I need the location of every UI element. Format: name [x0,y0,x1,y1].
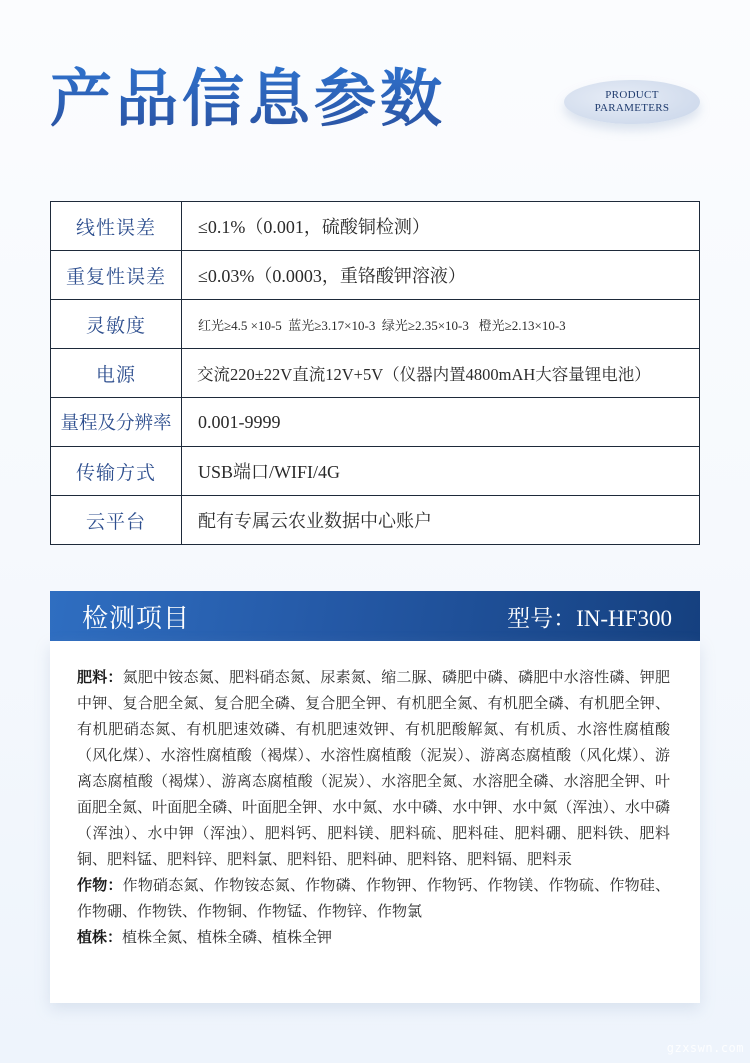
model-number: 型号：IN-HF300 [507,600,672,633]
table-row: 重复性误差 ≤0.03%（0.0003，重铬酸钾溶液） [51,251,700,300]
param-label: 线性误差 [51,202,182,251]
page-title: 产品信息参数 [50,60,446,140]
table-row: 量程及分辨率 0.001-9999 [51,398,700,447]
param-label: 传输方式 [51,447,182,496]
table-row: 灵敏度 红光≥4.5 ×10-5 蓝光≥3.17×10-3 绿光≥2.35×10… [51,300,700,349]
category-fertilizer: 肥料：氮肥中铵态氮、肥料硝态氮、尿素氮、缩二脲、磷肥中磷、磷肥中水溶性磷、钾肥中… [77,665,670,873]
table-row: 云平台 配有专属云农业数据中心账户 [51,496,700,545]
detection-items-card: 肥料：氮肥中铵态氮、肥料硝态氮、尿素氮、缩二脲、磷肥中磷、磷肥中水溶性磷、钾肥中… [50,641,700,1003]
param-label: 云平台 [51,496,182,545]
detection-section-header: 检测项目 型号：IN-HF300 [50,591,700,641]
category-label: 作物： [77,878,123,894]
table-row: 传输方式 USB端口/WIFI/4G [51,447,700,496]
category-items: 作物硝态氮、作物铵态氮、作物磷、作物钾、作物钙、作物镁、作物硫、作物硅、作物硼、… [77,878,670,920]
product-parameters-badge: PRODUCT PARAMETERS [564,80,700,124]
parameters-table: 线性误差 ≤0.1%（0.001，硫酸铜检测） 重复性误差 ≤0.03%（0.0… [50,201,700,545]
param-value: 0.001-9999 [182,398,700,447]
param-label: 电源 [51,349,182,398]
badge-line-2: PARAMETERS [595,102,670,115]
category-plant: 植株：植株全氮、植株全磷、植株全钾 [77,925,670,951]
param-value: 交流220±22V直流12V+5V（仪器内置4800mAH大容量锂电池） [182,349,700,398]
watermark: gzxswn.com [667,1041,744,1055]
category-items: 植株全氮、植株全磷、植株全钾 [122,930,332,946]
detection-title: 检测项目 [82,598,190,635]
category-label: 植株： [77,930,122,946]
table-row: 线性误差 ≤0.1%（0.001，硫酸铜检测） [51,202,700,251]
table-row: 电源 交流220±22V直流12V+5V（仪器内置4800mAH大容量锂电池） [51,349,700,398]
category-items: 氮肥中铵态氮、肥料硝态氮、尿素氮、缩二脲、磷肥中磷、磷肥中水溶性磷、钾肥中钾、复… [77,670,670,868]
param-label: 量程及分辨率 [51,398,182,447]
param-label: 灵敏度 [51,300,182,349]
param-value: 配有专属云农业数据中心账户 [182,496,700,545]
category-label: 肥料： [77,670,123,686]
param-value: 红光≥4.5 ×10-5 蓝光≥3.17×10-3 绿光≥2.35×10-3 橙… [182,300,700,349]
category-crop: 作物：作物硝态氮、作物铵态氮、作物磷、作物钾、作物钙、作物镁、作物硫、作物硅、作… [77,873,670,925]
badge-line-1: PRODUCT [605,89,658,102]
param-value: ≤0.03%（0.0003，重铬酸钾溶液） [182,251,700,300]
param-value: ≤0.1%（0.001，硫酸铜检测） [182,202,700,251]
param-value: USB端口/WIFI/4G [182,447,700,496]
param-label: 重复性误差 [51,251,182,300]
